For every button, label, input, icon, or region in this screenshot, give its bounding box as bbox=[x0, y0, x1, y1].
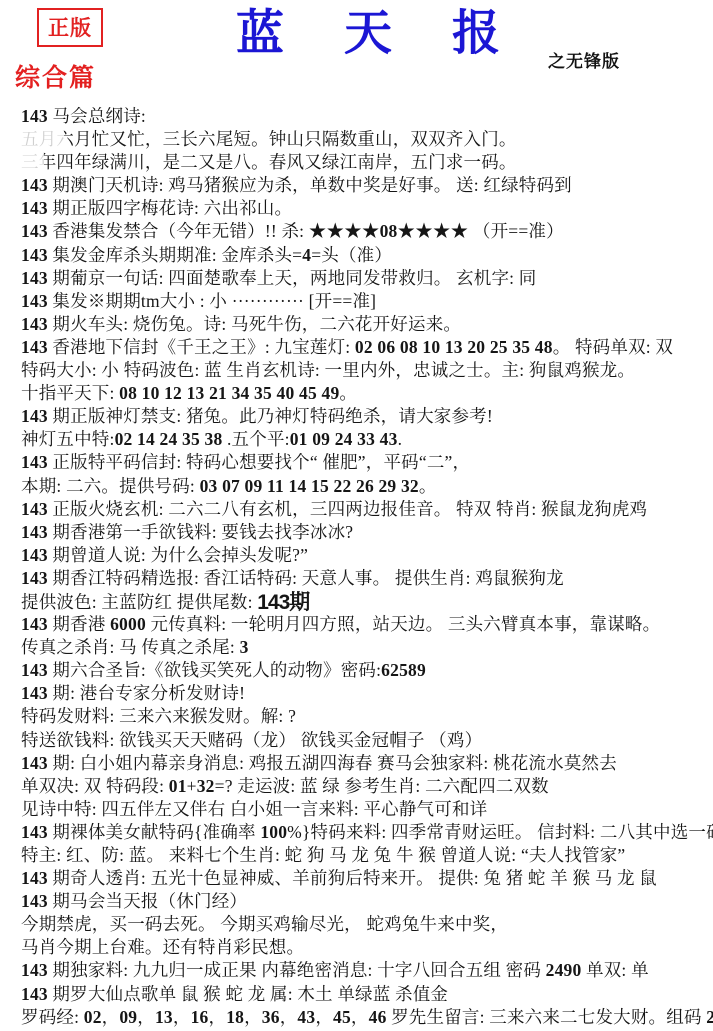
text-line: 神灯五中特:02 14 24 35 38 .五个平:01 09 24 33 43… bbox=[21, 428, 705, 451]
text-line: 143 期六合圣旨:《欲钱买笑死人的动物》密码:62589 bbox=[21, 659, 705, 682]
text-line: 143 期香港第一手欲钱料: 要钱去找李冰冰? bbox=[21, 521, 705, 544]
text-line: 143 期火车头: 烧伤兔。诗: 马死牛伤，二六花开好运来。 bbox=[21, 313, 705, 336]
page-title: 蓝 天 报 bbox=[236, 0, 524, 63]
edition-label: 之无锋版 bbox=[548, 47, 620, 72]
body-text: 143 马会总纲诗: 五月六月忙又忙，三长六尾短。钟山只隔数重山，双双齐入门。 … bbox=[21, 105, 705, 1029]
text-line: 三年四年绿满川，是二又是八。春风又绿江南岸，五门求一码。 bbox=[21, 151, 705, 174]
text-line: 143 期裸体美女献特码{准确率 100%}特码来料: 四季常青财运旺。 信封料… bbox=[21, 821, 705, 844]
text-line: 特码大小: 小 特码波色: 蓝 生肖玄机诗: 一里内外，忠诚之士。主: 狗鼠鸡猴… bbox=[21, 359, 705, 382]
text-line: 今期禁虎，买一码去死。 今期买鸡输尽光， 蛇鸡兔牛来中奖， bbox=[21, 913, 705, 936]
genuine-badge: 正版 bbox=[37, 8, 103, 47]
text-line: 罗码经: 02，09，13，16，18，36，43，45，46 罗先生留言: 三… bbox=[21, 1006, 705, 1029]
text-line: 马肖今期上台难。还有特肖彩民想。 bbox=[21, 936, 705, 959]
text-line: 传真之杀肖: 马 传真之杀尾: 3 bbox=[21, 636, 705, 659]
text-line: 143 马会总纲诗: bbox=[21, 105, 705, 128]
text-line: 提供波色: 主蓝防红 提供尾数: 143期 bbox=[21, 590, 705, 613]
text-line: 特主: 红、防: 蓝。 来料七个生肖: 蛇 狗 马 龙 兔 牛 猴 曾道人说: … bbox=[21, 844, 705, 867]
text-line: 143 期罗大仙点歌单 鼠 猴 蛇 龙 属: 木土 单绿蓝 杀值金 bbox=[21, 983, 705, 1006]
text-line: 特码发财料: 三来六来猴发财。解: ? bbox=[21, 705, 705, 728]
text-line: 本期: 二六。提供号码: 03 07 09 11 14 15 22 26 29 … bbox=[21, 475, 705, 498]
text-line: 十指平天下: 08 10 12 13 21 34 35 40 45 49。 bbox=[21, 382, 705, 405]
text-line: 单双决: 双 特码段: 01+32=? 走运波: 蓝 绿 参考生肖: 二六配四二… bbox=[21, 775, 705, 798]
text-line: 143 香港集发禁合（今年无错）!! 杀: ★★★★08★★★★ （开==准） bbox=[21, 220, 705, 243]
text-line: 143 期: 白小姐内幕亲身消息: 鸡报五湖四海春 赛马会独家料: 桃花流水莫然… bbox=[21, 752, 705, 775]
text-line: 五月六月忙又忙，三长六尾短。钟山只隔数重山，双双齐入门。 bbox=[21, 128, 705, 151]
section-title: 综合篇 bbox=[15, 58, 96, 94]
text-line: 143 期独家料: 九九归一成正果 内幕绝密消息: 十字八回合五组 密码 249… bbox=[21, 959, 705, 982]
text-line: 见诗中特: 四五伴左又伴右 白小姐一言来料: 平心静气可和详 bbox=[21, 798, 705, 821]
text-line: 143 正版火烧玄机: 二六二八有玄机，三四两边报佳音。 特双 特肖: 猴鼠龙狗… bbox=[21, 498, 705, 521]
text-line: 143 集发金库杀头期期准: 金库杀头=4=头（准） bbox=[21, 244, 705, 267]
period-stamp: 143期 bbox=[257, 591, 309, 614]
text-line: 143 期: 港台专家分析发财诗! bbox=[21, 682, 705, 705]
text-line: 143 香港地下信封《千王之王》: 九宝莲灯: 02 06 08 10 13 2… bbox=[21, 336, 705, 359]
text-line: 143 期香港 6000 元传真料: 一轮明月四方照，站天边。 三头六臂真本事，… bbox=[21, 613, 705, 636]
text-line: 143 期正版四字梅花诗: 六出祁山。 bbox=[21, 197, 705, 220]
text-line: 143 期马会当天报（休门经） bbox=[21, 890, 705, 913]
text-line: 特送欲钱料: 欲钱买天天赌码（龙） 欲钱买金冠帽子 （鸡） bbox=[21, 729, 705, 752]
text-line: 143 集发※期期tm大小 : 小 ············ [开==准] bbox=[21, 290, 705, 313]
text-line: 143 期正版神灯禁支: 猪兔。此乃神灯特码绝杀，请大家参考! bbox=[21, 405, 705, 428]
line-prefix: 提供波色: 主蓝防红 提供尾数: bbox=[21, 592, 257, 612]
text-line: 143 期曾道人说: 为什么会掉头发呢?” bbox=[21, 544, 705, 567]
text-line: 143 期葡京一句话: 四面楚歌奉上天，两地同发带救归。 玄机字: 同 bbox=[21, 267, 705, 290]
text-line: 143 期香江特码精选报: 香江话特码: 天意人事。 提供生肖: 鸡鼠猴狗龙 bbox=[21, 567, 705, 590]
newspaper-page: 正版 蓝 天 报 之无锋版 综合篇 143 马会总纲诗: 五月六月忙又忙，三长六… bbox=[0, 0, 713, 1031]
text-line: 143 正版特平码信封: 特码心想要找个“ 催肥”，平码“二”， bbox=[21, 451, 705, 474]
text-line: 143 期奇人透肖: 五光十色显神威、羊前狗后特来开。 提供: 兔 猪 蛇 羊 … bbox=[21, 867, 705, 890]
text-line: 143 期澳门天机诗: 鸡马猪猴应为杀，单数中奖是好事。 送: 红绿特码到 bbox=[21, 174, 705, 197]
